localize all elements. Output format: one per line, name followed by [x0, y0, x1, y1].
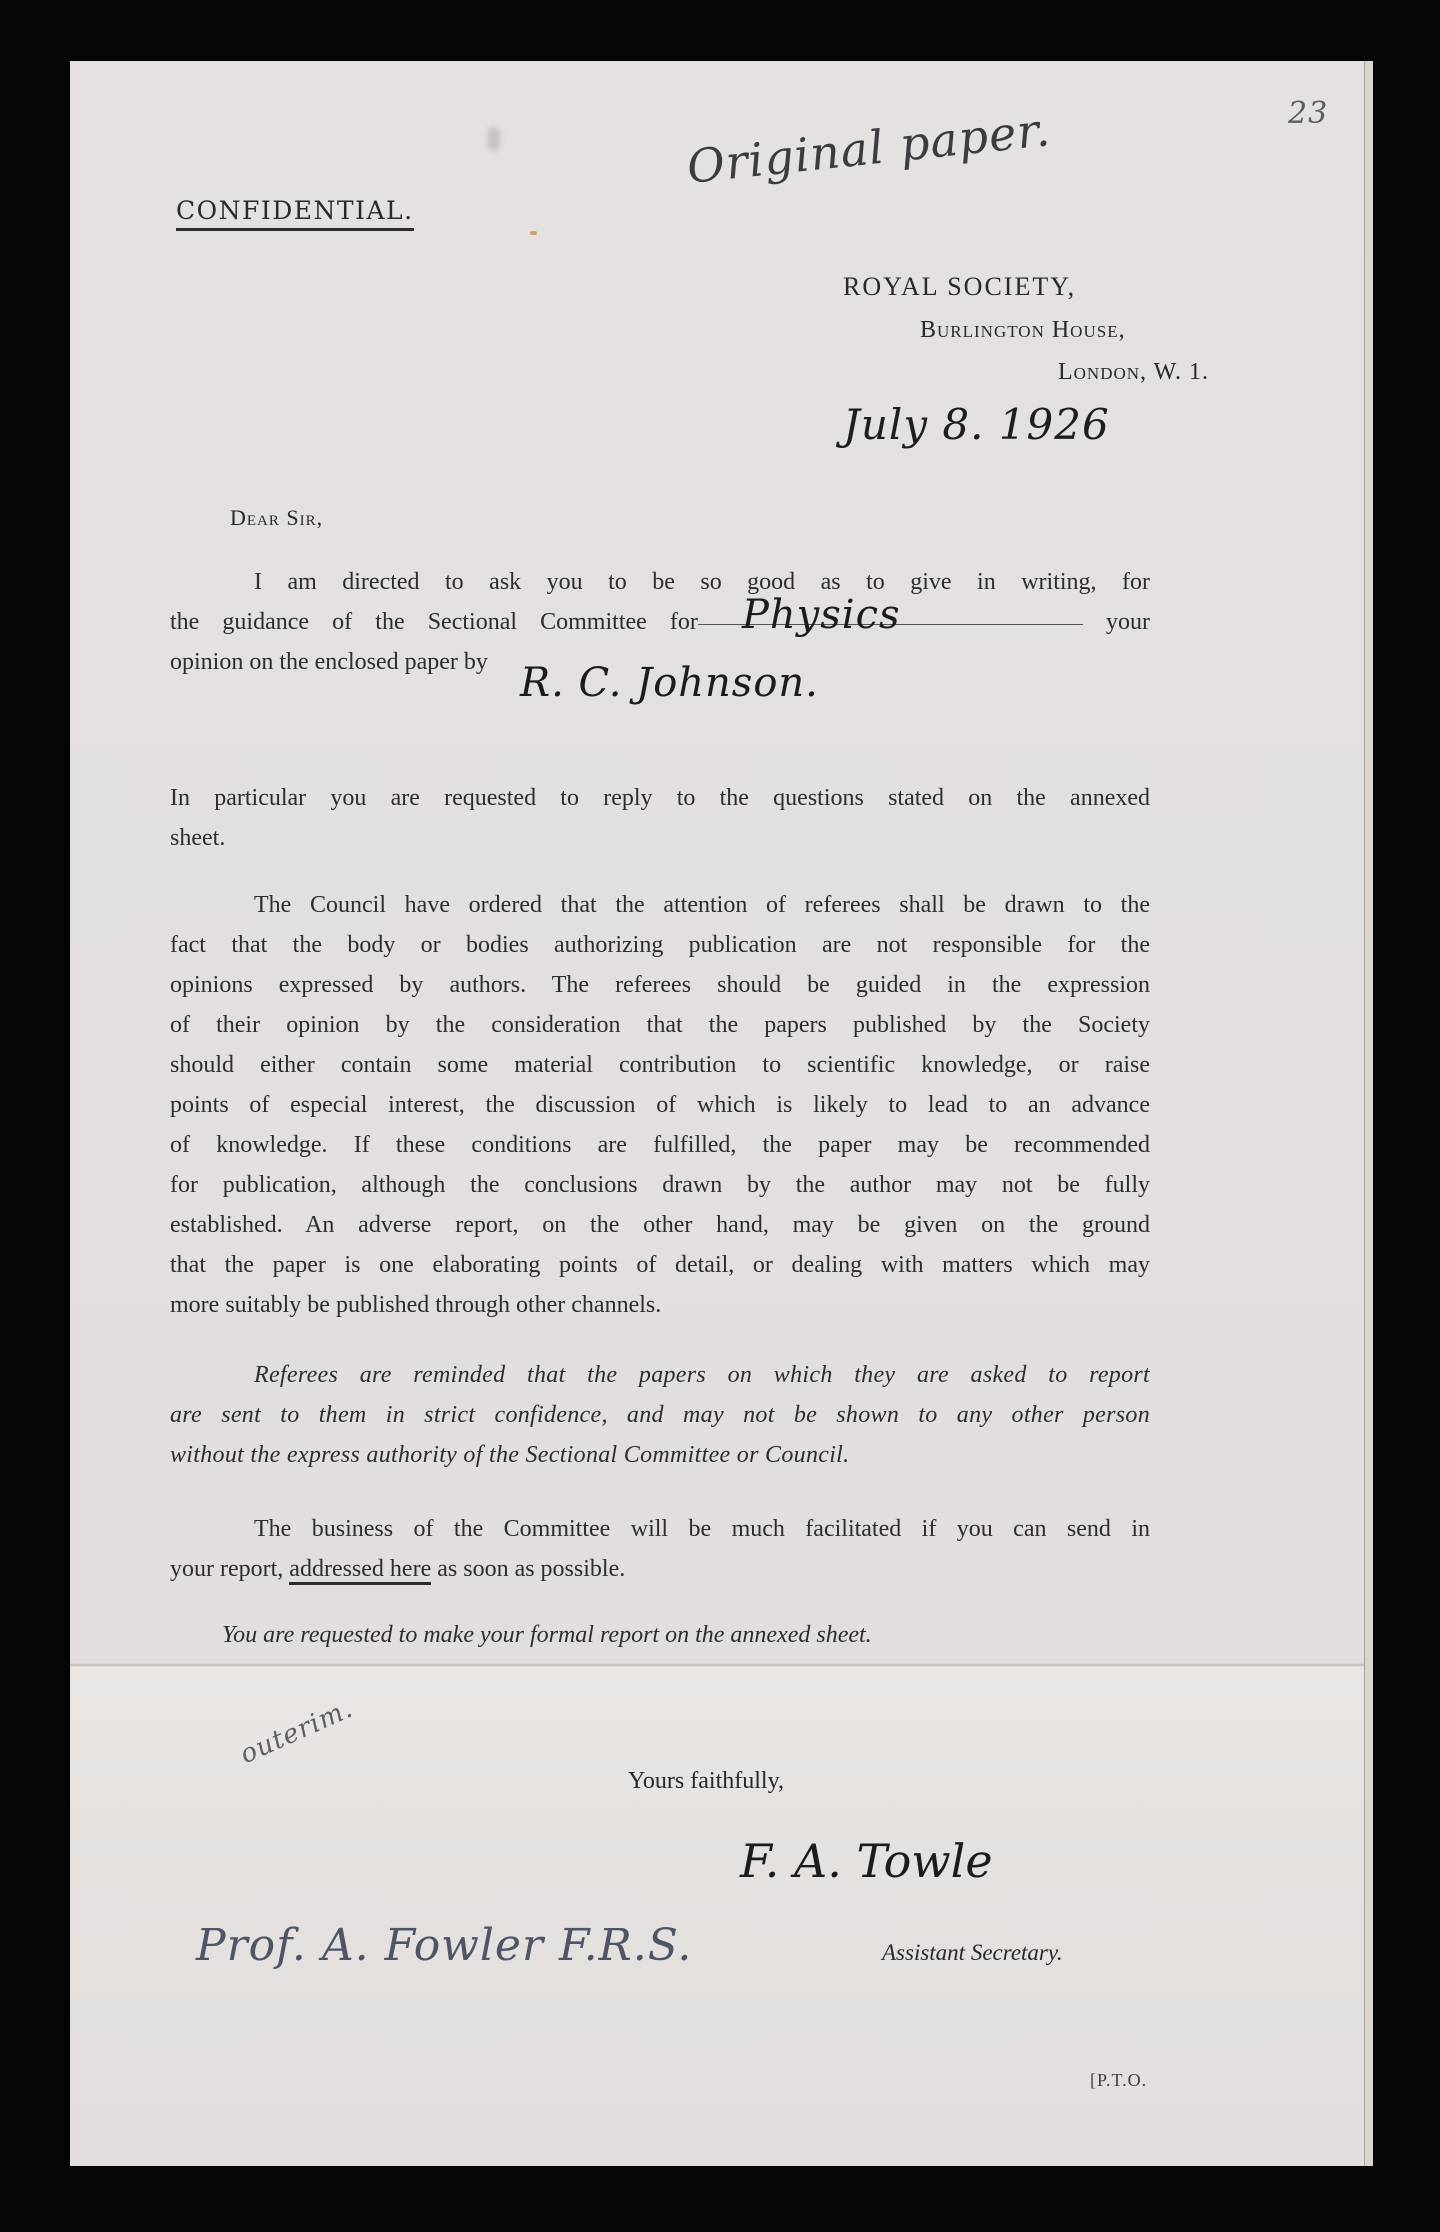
paragraph-line: opinions expressed by authors. The refer… [170, 965, 1150, 1005]
paragraph-line: Referees are reminded that the papers on… [170, 1355, 1150, 1395]
paragraph-line: sheet. [170, 818, 1150, 858]
second-sheet-edge [1365, 61, 1373, 2166]
paragraph-council: The Council have ordered that the attent… [170, 885, 1150, 1325]
paragraph-line: for publication, although the conclusion… [170, 1165, 1150, 1205]
paragraph-line: more suitably be published through other… [170, 1285, 1150, 1325]
paragraph-business: The business of the Committee will be mu… [170, 1509, 1150, 1589]
paragraph-line: that the paper is one elaborating points… [170, 1245, 1150, 1285]
text-fragment: your report, [170, 1556, 283, 1582]
paragraph-line: the guidance of the Sectional Committee … [170, 602, 1150, 642]
paper-speck [530, 231, 537, 235]
text-fragment: the guidance of the Sectional Committee … [170, 609, 698, 635]
letterhead-house: Burlington House, [920, 317, 1126, 344]
paragraph-confidentiality: Referees are reminded that the papers on… [170, 1355, 1150, 1475]
signature: F. A. Towle [740, 1834, 993, 1888]
signatory-title: Assistant Secretary. [882, 1940, 1063, 1966]
salutation: Dear Sir, [230, 505, 323, 531]
paragraph-line: are sent to them in strict confidence, a… [170, 1395, 1150, 1435]
paragraph-line: of their opinion by the consideration th… [170, 1005, 1150, 1045]
formal-report-instruction: You are requested to make your formal re… [222, 1622, 872, 1649]
paragraph-line: of knowledge. If these conditions are fu… [170, 1125, 1150, 1165]
paragraph-line: established. An adverse report, on the o… [170, 1205, 1150, 1245]
please-turn-over: [P.T.O. [1090, 2070, 1147, 2091]
paragraph-line: without the express authority of the Sec… [170, 1435, 1150, 1475]
letterhead-society: ROYAL SOCIETY, [843, 272, 1076, 302]
handwritten-addressee: Prof. A. Fowler F.R.S. [196, 1920, 692, 1971]
page-number: 23 [1288, 96, 1328, 131]
text-fragment: your [1106, 609, 1150, 635]
vertical-fold-line [1364, 61, 1365, 2166]
handwritten-section: Physics [742, 592, 901, 638]
closing: Yours faithfully, [628, 1768, 784, 1795]
paragraph-line: should either contain some material cont… [170, 1045, 1150, 1085]
paragraph-line: I am directed to ask you to be so good a… [170, 562, 1150, 602]
paragraph-line: The Council have ordered that the attent… [170, 885, 1150, 925]
paragraph-line: The business of the Committee will be mu… [170, 1509, 1150, 1549]
pencil-smudge [488, 127, 500, 151]
paragraph-line: In particular you are requested to reply… [170, 778, 1150, 818]
paragraph-line: your report, addressed here as soon as p… [170, 1549, 1150, 1589]
confidential-marking: CONFIDENTIAL. [176, 196, 414, 231]
paragraph-line: fact that the body or bodies authorizing… [170, 925, 1150, 965]
text-fragment: as soon as possible. [437, 1556, 625, 1582]
handwritten-author: R. C. Johnson. [520, 660, 819, 706]
underlined-text: addressed here [289, 1556, 431, 1585]
horizontal-fold-crease [70, 1663, 1373, 1667]
letterhead-city: London, W. 1. [1058, 359, 1209, 386]
handwritten-date: July 8. 1926 [843, 400, 1110, 449]
paragraph-line: points of especial interest, the discuss… [170, 1085, 1150, 1125]
paragraph-questions: In particular you are requested to reply… [170, 778, 1150, 858]
